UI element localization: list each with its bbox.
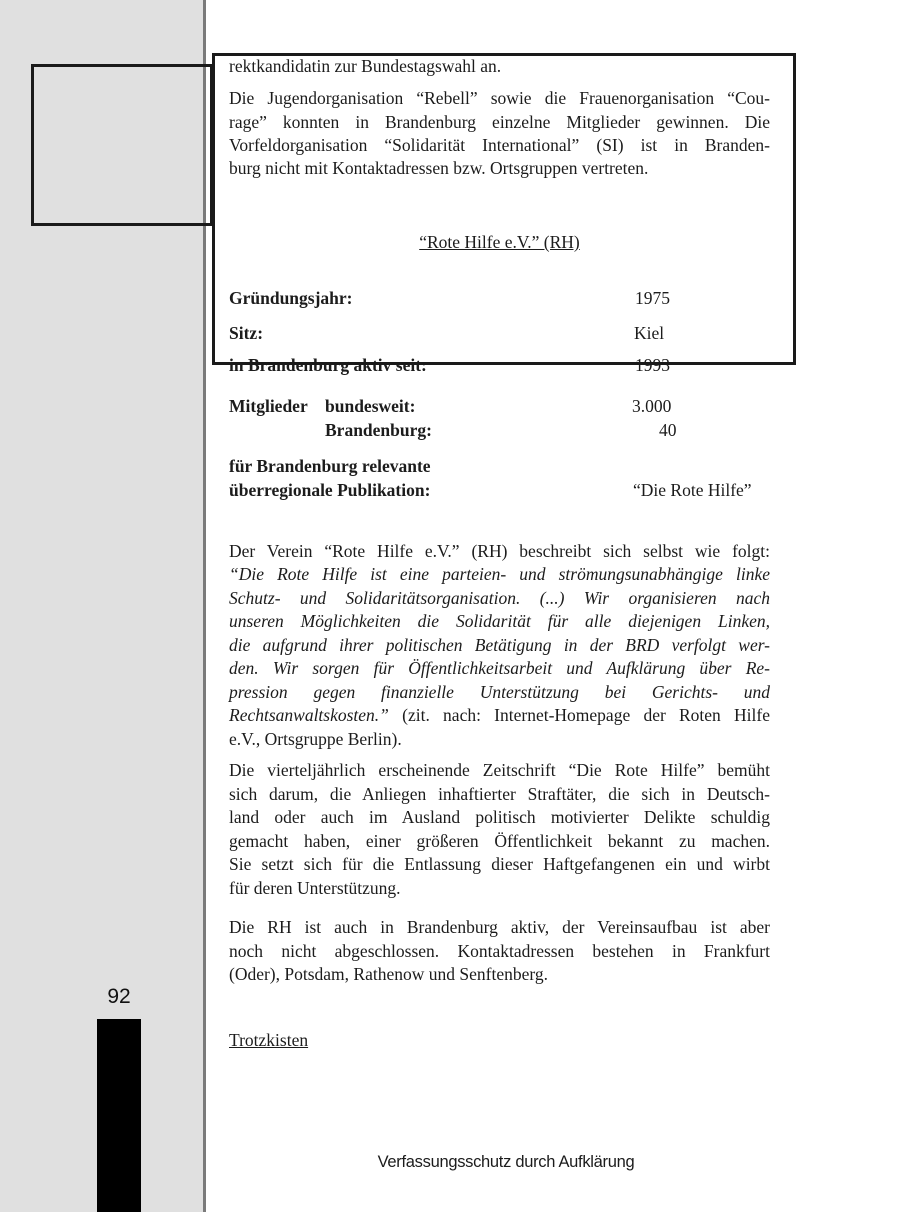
- quote-line: Schutz- und Solidaritätsorganisation. (.…: [229, 587, 770, 609]
- magazine-paragraph-line: Sie setzt sich für die Entlassung dieser…: [229, 853, 770, 875]
- section-heading-trotzkisten: Trotzkisten: [229, 1030, 308, 1051]
- citation-source: (zit. nach: Internet-Homepage der Roten …: [389, 705, 770, 725]
- quote-line: pression gegen finanzielle Unterstützung…: [229, 681, 770, 703]
- magazine-paragraph-line: land oder auch im Ausland politisch moti…: [229, 806, 770, 828]
- fact-publication-label-2: überregionale Publikation:: [229, 480, 430, 501]
- fact-members-nationwide-label: bundesweit:: [325, 396, 415, 417]
- page-number: 92: [97, 985, 141, 1009]
- quote-line: unseren Möglichkeiten die Solidarität fü…: [229, 610, 770, 632]
- fact-members-brandenburg-value: 40: [659, 420, 677, 441]
- fact-members-label: Mitglieder: [229, 396, 308, 417]
- brandenburg-paragraph-line: (Oder), Potsdam, Rathenow und Senftenber…: [229, 963, 770, 985]
- magazine-paragraph-line: gemacht haben, einer größeren Öffentlich…: [229, 830, 770, 852]
- quote-line: den. Wir sorgen für Öffentlichkeitsarbei…: [229, 657, 770, 679]
- brandenburg-paragraph-line: Die RH ist auch in Brandenburg aktiv, de…: [229, 916, 770, 938]
- quote-end: Rechtsanwaltskosten.”: [229, 705, 389, 725]
- description-line: Der Verein “Rote Hilfe e.V.” (RH) beschr…: [229, 540, 770, 562]
- selection-box-text-region: [212, 53, 796, 365]
- brandenburg-paragraph-line: noch nicht abgeschlossen. Kontaktadresse…: [229, 940, 770, 962]
- magazine-paragraph-line: für deren Unterstützung.: [229, 877, 770, 899]
- magazine-paragraph-line: sich darum, die Anliegen inhaftierter St…: [229, 783, 770, 805]
- quote-line: die aufgrund ihrer politischen Betätigun…: [229, 634, 770, 656]
- fact-publication-value: “Die Rote Hilfe”: [633, 480, 752, 501]
- citation-line-end: e.V., Ortsgruppe Berlin).: [229, 728, 770, 750]
- fact-publication-label-1: für Brandenburg relevante: [229, 456, 431, 477]
- running-footer: Verfassungsschutz durch Aufklärung: [206, 1153, 806, 1172]
- fact-members-nationwide-value: 3.000: [632, 396, 671, 417]
- magazine-paragraph-line: Die vierteljährlich erscheinende Zeitsch…: [229, 759, 770, 781]
- quote-line: “Die Rote Hilfe ist eine parteien- und s…: [229, 563, 770, 585]
- chapter-thumb-bar: [97, 1019, 141, 1212]
- fact-members-brandenburg-label: Brandenburg:: [325, 420, 432, 441]
- selection-box-margin: [31, 64, 213, 226]
- citation-line: Rechtsanwaltskosten.” (zit. nach: Intern…: [229, 704, 770, 726]
